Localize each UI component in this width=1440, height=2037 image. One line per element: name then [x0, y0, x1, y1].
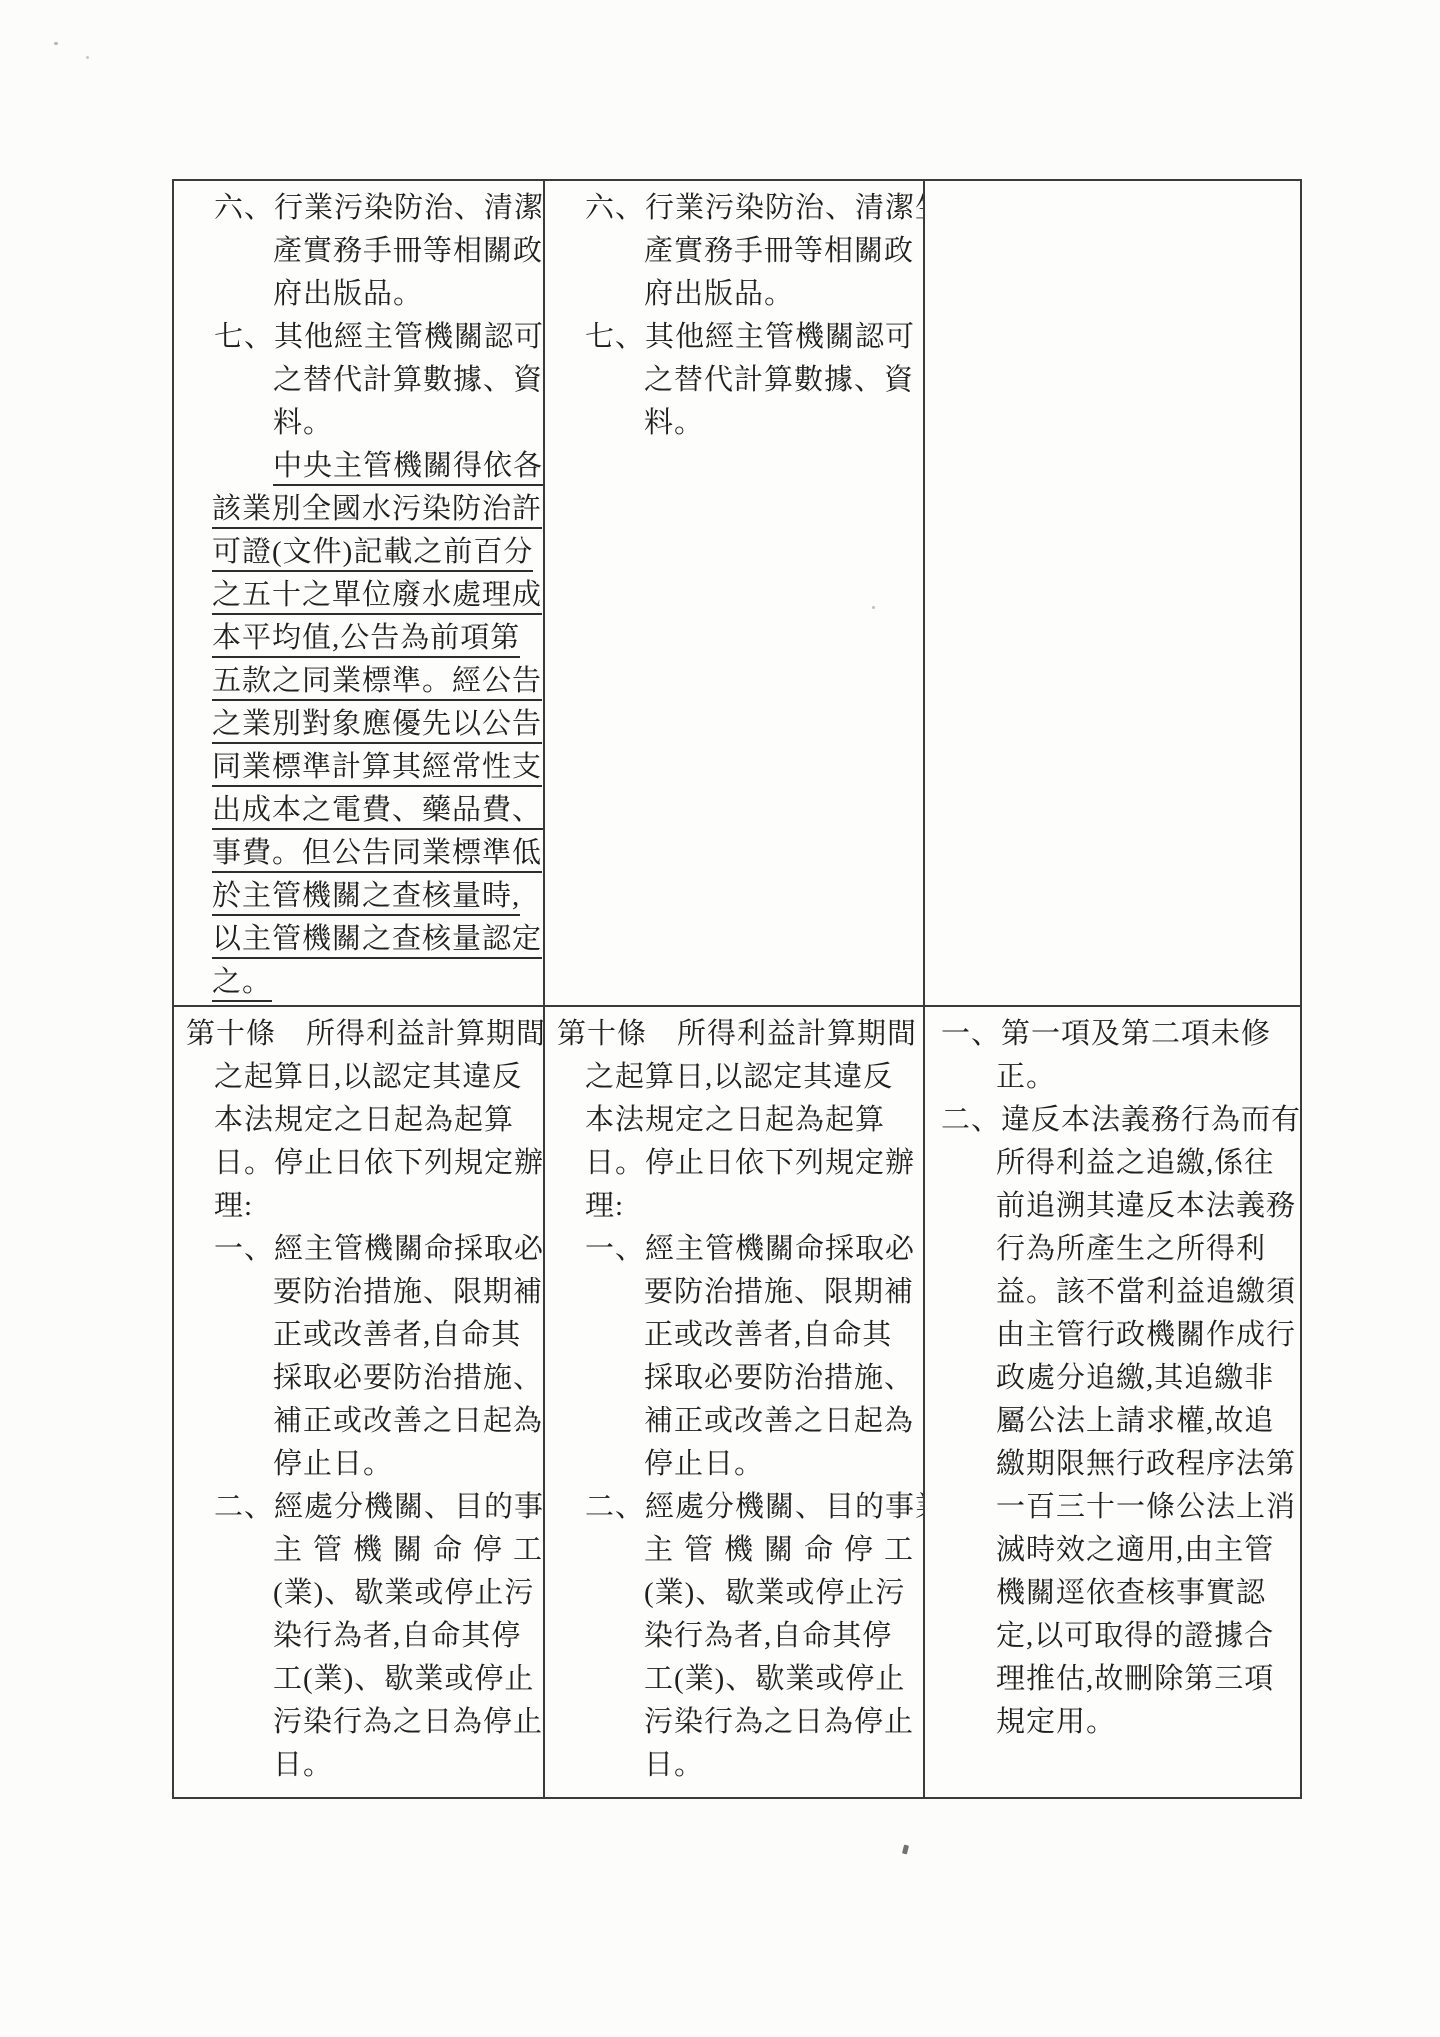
text-run: 本法規定之日起為起算	[585, 1104, 885, 1136]
text-line: 以主管機關之查核量認定	[212, 918, 543, 961]
text-run: (業)、歇業或停止污	[644, 1577, 905, 1609]
text-run: 產實務手冊等相關政	[644, 235, 914, 267]
underlined-added-text: 可證(文件)記載之前百分	[212, 536, 533, 572]
text-line: 主管機關命停工	[644, 1529, 923, 1572]
text-line: 二、經處分機關、目的事業	[585, 1486, 923, 1529]
text-line: (業)、歇業或停止污	[273, 1572, 543, 1615]
text-line: 屬公法上請求權,故追	[996, 1400, 1300, 1443]
scan-speck	[872, 606, 875, 609]
underlined-added-text: 事費。但公告同業標準低	[212, 837, 542, 873]
text-line: 機關逕依查核事實認	[996, 1572, 1300, 1615]
text-run: 屬公法上請求權,故追	[996, 1405, 1274, 1437]
text-line: 可證(文件)記載之前百分	[212, 531, 543, 574]
text-run: 一、經主管機關命採取必	[585, 1233, 915, 1265]
text-line: 府出版品。	[273, 273, 543, 316]
text-line: 之替代計算數據、資	[644, 359, 923, 402]
text-run: 之替代計算數據、資	[273, 364, 543, 396]
text-run: 理:	[585, 1190, 624, 1222]
text-line: 產實務手冊等相關政	[273, 230, 543, 273]
underlined-added-text: 同業標準計算其經常性支	[212, 751, 542, 787]
scan-speck	[902, 1845, 909, 1855]
text-line: 日。	[273, 1744, 543, 1787]
text-run: 前追溯其違反本法義務	[996, 1190, 1296, 1222]
text-line: 本法規定之日起為起算	[214, 1099, 543, 1142]
underlined-added-text: 出成本之電費、藥品費、人	[212, 794, 545, 830]
text-run: 染行為者,自命其停	[644, 1620, 892, 1652]
cell-row2-article10-mid: 第十條 所得利益計算期間之起算日,以認定其違反本法規定之日起為起算日。停止日依下…	[545, 1007, 925, 1797]
text-run: 要防治措施、限期補	[644, 1276, 914, 1308]
text-run: 繳期限無行政程序法第	[996, 1448, 1296, 1480]
law-amendment-comparison-table: 六、行業污染防治、清潔生產實務手冊等相關政府出版品。七、其他經主管機關認可之替代…	[172, 179, 1302, 1799]
text-line: 停止日。	[644, 1443, 923, 1486]
text-line: 正。	[996, 1056, 1300, 1099]
text-run: 日。	[644, 1749, 704, 1781]
text-line: 同業標準計算其經常性支	[212, 746, 543, 789]
text-line: 之五十之單位廢水處理成	[212, 574, 543, 617]
text-run: (業)、歇業或停止污	[273, 1577, 534, 1609]
text-run: 採取必要防治措施、	[644, 1362, 914, 1394]
text-line: 六、行業污染防治、清潔生	[585, 187, 923, 230]
text-run: 第十條 所得利益計算期間	[557, 1018, 917, 1050]
text-run: 六、行業污染防治、清潔生	[585, 192, 925, 224]
underlined-added-text: 於主管機關之查核量時,	[212, 880, 520, 916]
text-line: 一、經主管機關命採取必	[585, 1228, 923, 1271]
text-run: 之起算日,以認定其違反	[214, 1061, 522, 1093]
text-line: 工(業)、歇業或停止	[273, 1658, 543, 1701]
text-line: 污染行為之日為停止	[644, 1701, 923, 1744]
text-line: 日。	[644, 1744, 923, 1787]
text-line: 之替代計算數據、資	[273, 359, 543, 402]
text-line: 理推估,故刪除第三項	[996, 1658, 1300, 1701]
underlined-added-text: 之業別對象應優先以公告	[212, 708, 542, 744]
text-run: 產實務手冊等相關政	[273, 235, 543, 267]
text-run: 之起算日,以認定其違反	[585, 1061, 893, 1093]
text-run: 理推估,故刪除第三項	[996, 1663, 1274, 1695]
text-line: 所得利益之追繳,係往	[996, 1142, 1300, 1185]
text-line: 府出版品。	[644, 273, 923, 316]
text-line: 繳期限無行政程序法第	[996, 1443, 1300, 1486]
cell-row2-article10-left: 第十條 所得利益計算期間之起算日,以認定其違反本法規定之日起為起算日。停止日依下…	[174, 1007, 545, 1797]
text-line: 事費。但公告同業標準低	[212, 832, 543, 875]
text-run: 二、違反本法義務行為而有	[941, 1104, 1300, 1136]
text-line: 定,以可取得的證據合	[996, 1615, 1300, 1658]
underlined-added-text: 五款之同業標準。經公告	[212, 665, 542, 701]
underlined-added-text: 之。	[212, 966, 272, 1002]
text-run: 正或改善者,自命其	[273, 1319, 521, 1351]
text-line: 本平均值,公告為前項第	[212, 617, 543, 660]
text-line: 第十條 所得利益計算期間	[557, 1013, 923, 1056]
text-line: 料。	[644, 402, 923, 445]
text-run: 工(業)、歇業或停止	[273, 1663, 534, 1695]
text-line: 日。停止日依下列規定辦	[214, 1142, 543, 1185]
text-run: 正。	[996, 1061, 1056, 1093]
text-run: 之替代計算數據、資	[644, 364, 914, 396]
text-line: 日。停止日依下列規定辦	[585, 1142, 923, 1185]
text-line: 工(業)、歇業或停止	[644, 1658, 923, 1701]
text-run: 一、第一項及第二項未修	[941, 1018, 1271, 1050]
text-line: 採取必要防治措施、	[644, 1357, 923, 1400]
cell-row1-remarks-empty	[925, 181, 1300, 1007]
text-run: 第十條 所得利益計算期間	[186, 1018, 545, 1050]
underlined-added-text: 以主管機關之查核量認定	[212, 923, 542, 959]
text-line: 五款之同業標準。經公告	[212, 660, 543, 703]
text-run: 採取必要防治措施、	[273, 1362, 543, 1394]
text-line: 出成本之電費、藥品費、人	[212, 789, 543, 832]
text-run: 日。停止日依下列規定辦	[585, 1147, 915, 1179]
scan-speck	[54, 42, 58, 45]
text-line: 前追溯其違反本法義務	[996, 1185, 1300, 1228]
text-line: 理:	[214, 1185, 543, 1228]
text-run: 本法規定之日起為起算	[214, 1104, 514, 1136]
text-run: 規定用。	[996, 1706, 1116, 1738]
text-run: 日。	[273, 1749, 333, 1781]
text-line: 第十條 所得利益計算期間	[186, 1013, 543, 1056]
text-run: 政處分追繳,其追繳非	[996, 1362, 1274, 1394]
scanned-document-page: { "colors": { "paper": "#fcfcfb", "ink":…	[0, 0, 1440, 2037]
cell-row1-current-left: 六、行業污染防治、清潔生產實務手冊等相關政府出版品。七、其他經主管機關認可之替代…	[174, 181, 545, 1007]
text-run: 所得利益之追繳,係往	[996, 1147, 1274, 1179]
text-run: 六、行業污染防治、清潔生	[214, 192, 545, 224]
text-line: 於主管機關之查核量時,	[212, 875, 543, 918]
text-run: 七、其他經主管機關認可	[585, 321, 915, 353]
cell-row1-current-mid: 六、行業污染防治、清潔生產實務手冊等相關政府出版品。七、其他經主管機關認可之替代…	[545, 181, 925, 1007]
text-run: 理:	[214, 1190, 253, 1222]
text-line: 一百三十一條公法上消	[996, 1486, 1300, 1529]
text-line: 染行為者,自命其停	[644, 1615, 923, 1658]
text-run: 污染行為之日為停止	[273, 1706, 543, 1738]
text-run: 一、經主管機關命採取必	[214, 1233, 544, 1265]
text-line: 由主管行政機關作成行	[996, 1314, 1300, 1357]
text-line: 本法規定之日起為起算	[585, 1099, 923, 1142]
text-run: 污染行為之日為停止	[644, 1706, 914, 1738]
underlined-added-text: 之五十之單位廢水處理成	[212, 579, 542, 615]
text-line: 益。該不當利益追繳須	[996, 1271, 1300, 1314]
text-line: 要防治措施、限期補	[644, 1271, 923, 1314]
text-line: 政處分追繳,其追繳非	[996, 1357, 1300, 1400]
text-run: 行為所產生之所得利	[996, 1233, 1266, 1265]
text-run: 補正或改善之日起為	[273, 1405, 543, 1437]
text-line: 規定用。	[996, 1701, 1300, 1744]
text-run: 主管機關命停工	[273, 1534, 545, 1566]
text-line: 正或改善者,自命其	[644, 1314, 923, 1357]
underlined-added-text: 中央主管機關得依各	[273, 450, 543, 486]
text-line: 採取必要防治措施、	[273, 1357, 543, 1400]
text-line: 補正或改善之日起為	[273, 1400, 543, 1443]
text-line: 要防治措施、限期補	[273, 1271, 543, 1314]
text-line: 一、經主管機關命採取必	[214, 1228, 543, 1271]
text-run: 料。	[273, 407, 333, 439]
text-line: 該業別全國水污染防治許	[212, 488, 543, 531]
text-run: 由主管行政機關作成行	[996, 1319, 1296, 1351]
text-line: (業)、歇業或停止污	[644, 1572, 923, 1615]
text-run: 主管機關命停工	[644, 1534, 924, 1566]
text-line: 中央主管機關得依各	[273, 445, 543, 488]
text-run: 料。	[644, 407, 704, 439]
text-run: 七、其他經主管機關認可	[214, 321, 544, 353]
text-run: 停止日。	[644, 1448, 764, 1480]
text-run: 機關逕依查核事實認	[996, 1577, 1266, 1609]
text-run: 二、經處分機關、目的事業	[585, 1491, 925, 1523]
text-run: 一百三十一條公法上消	[996, 1491, 1296, 1523]
underlined-added-text: 該業別全國水污染防治許	[212, 493, 542, 529]
scan-speck	[86, 56, 89, 59]
text-line: 污染行為之日為停止	[273, 1701, 543, 1744]
text-line: 之。	[212, 961, 543, 1004]
text-line: 行為所產生之所得利	[996, 1228, 1300, 1271]
text-line: 理:	[585, 1185, 923, 1228]
text-line: 二、違反本法義務行為而有	[941, 1099, 1300, 1142]
text-line: 染行為者,自命其停	[273, 1615, 543, 1658]
text-run: 府出版品。	[644, 278, 794, 310]
text-run: 二、經處分機關、目的事業	[214, 1491, 545, 1523]
underlined-added-text: 本平均值,公告為前項第	[212, 622, 520, 658]
text-line: 之起算日,以認定其違反	[585, 1056, 923, 1099]
cell-row2-explanation: 一、第一項及第二項未修正。二、違反本法義務行為而有所得利益之追繳,係往前追溯其違…	[925, 1007, 1300, 1797]
text-line: 之業別對象應優先以公告	[212, 703, 543, 746]
text-line: 停止日。	[273, 1443, 543, 1486]
text-line: 一、第一項及第二項未修	[941, 1013, 1300, 1056]
text-run: 益。該不當利益追繳須	[996, 1276, 1296, 1308]
text-run: 要防治措施、限期補	[273, 1276, 543, 1308]
text-line: 七、其他經主管機關認可	[585, 316, 923, 359]
text-line: 料。	[273, 402, 543, 445]
text-line: 主管機關命停工	[273, 1529, 543, 1572]
text-line: 正或改善者,自命其	[273, 1314, 543, 1357]
text-line: 補正或改善之日起為	[644, 1400, 923, 1443]
text-line: 滅時效之適用,由主管	[996, 1529, 1300, 1572]
text-run: 府出版品。	[273, 278, 423, 310]
text-run: 正或改善者,自命其	[644, 1319, 892, 1351]
text-line: 六、行業污染防治、清潔生	[214, 187, 543, 230]
text-run: 工(業)、歇業或停止	[644, 1663, 905, 1695]
text-run: 滅時效之適用,由主管	[996, 1534, 1274, 1566]
text-line: 二、經處分機關、目的事業	[214, 1486, 543, 1529]
text-line: 產實務手冊等相關政	[644, 230, 923, 273]
text-run: 補正或改善之日起為	[644, 1405, 914, 1437]
text-line: 七、其他經主管機關認可	[214, 316, 543, 359]
text-run: 定,以可取得的證據合	[996, 1620, 1274, 1652]
text-run: 染行為者,自命其停	[273, 1620, 521, 1652]
text-line: 之起算日,以認定其違反	[214, 1056, 543, 1099]
text-run: 日。停止日依下列規定辦	[214, 1147, 544, 1179]
text-run: 停止日。	[273, 1448, 393, 1480]
